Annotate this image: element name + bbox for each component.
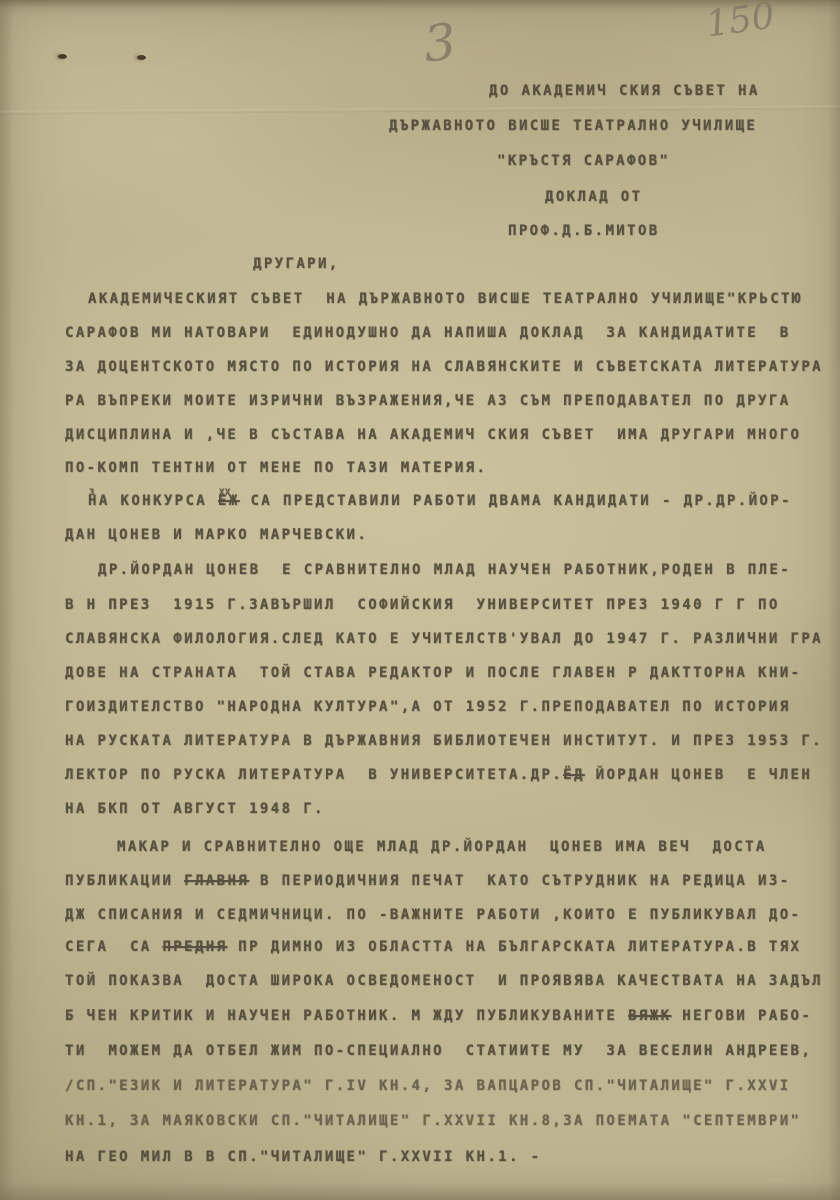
typewritten-line: ДР.ЙОРДАН ЦОНЕВ Е СРАВНИТЕЛНО МЛАД НАУЧЕ… — [98, 561, 791, 580]
text-segment: ДР.ЙОРДАН ЦОНЕВ Е СРАВНИТЕЛНО МЛАД НАУЧЕ… — [98, 562, 791, 578]
text-segment: НЕГОВИ РАБО- — [671, 1008, 812, 1024]
pin-hole — [58, 54, 67, 59]
typewritten-line: ПУБЛИКАЦИИ ГЛАВНЯ В ПЕРИОДИЧНИЯ ПЕЧАТ КА… — [65, 872, 791, 891]
text-segment: САРАФОВ МИ НАТОВАРИ ЕДИНОДУШНО ДА НАПИША… — [65, 325, 791, 341]
typewritten-line: В Н ПРЕЗ 1915 Г.ЗАВЪРШИЛ СОФИЙСКИЯ УНИВЕ… — [65, 596, 780, 615]
text-segment: МАКАР И СРАВНИТЕЛНО ОЩЕ МЛАД ДР.ЙОРДАН Ц… — [117, 839, 767, 855]
text-segment: ДРУГАРИ, — [253, 256, 340, 272]
typewritten-line: САРАФОВ МИ НАТОВАРИ ЕДИНОДУШНО ДА НАПИША… — [65, 324, 791, 343]
text-segment: НА ГЕО МИЛ В В СП."ЧИТАЛИЩЕ" Г.XXVII КН.… — [65, 1149, 541, 1165]
text-segment: ТОЙ ПОКАЗВА ДОСТА ШИРОКА ОСВЕДОМЕНОСТ И … — [65, 973, 823, 989]
text-segment: ДО АКАДЕМИЧ СКИЯ СЪВЕТ НА — [489, 83, 760, 99]
typewritten-line: ДОВЕ НА СТРАНАТА ТОЙ СТАВА РЕДАКТОР И ПО… — [65, 664, 801, 683]
text-segment: АКАДЕМИЧЕСКИЯТ СЪВЕТ НА ДЪРЖАВНОТО ВИСШЕ… — [88, 291, 803, 307]
text-segment: ДЪРЖАВНОТО ВИСШЕ ТЕАТРАЛНО УЧИЛИЩЕ — [389, 118, 757, 134]
typewritten-line: НА ГЕО МИЛ В В СП."ЧИТАЛИЩЕ" Г.XXVII КН.… — [65, 1148, 541, 1167]
typewritten-line: ТОЙ ПОКАЗВА ДОСТА ШИРОКА ОСВЕДОМЕНОСТ И … — [65, 972, 823, 991]
text-segment: Б ЧЕН КРИТИК И НАУЧЕН РАБОТНИК. М ЖДУ ПУ… — [65, 1008, 628, 1024]
text-segment: ПО-КОМП ТЕНТНИ ОТ МЕНЕ ПО ТАЗИ МАТЕРИЯ. — [65, 460, 487, 476]
typewritten-line: НА БКП ОТ АВГУСТ 1948 Г. — [65, 800, 325, 819]
scanned-document-page: 3150 ДО АКАДЕМИЧ СКИЯ СЪВЕТ НАДЪРЖАВНОТО… — [0, 0, 840, 1200]
paper-crease — [0, 105, 840, 114]
page-number-pencil: 3 — [421, 12, 459, 73]
text-segment: ТИ МОЖЕМ ДА ОТБЕЛ ЖИМ ПО-СПЕЦИАЛНО СТАТИ… — [65, 1043, 812, 1059]
overstruck-text: ПРЕДНЯ — [162, 939, 227, 955]
typewritten-line: НАЗ КОНКУРСА ЕЖХХ СА ПРЕДСТАВИЛИ РАБОТИ … — [88, 492, 792, 511]
text-segment: ЛЕКТОР ПО РУСКА ЛИТЕРАТУРА В УНИВЕРСИТЕТ… — [65, 767, 563, 783]
typewritten-line: РА ВЪПРЕКИ МОИТЕ ИЗРИЧНИ ВЪЗРАЖЕНИЯ,ЧЕ А… — [65, 392, 791, 411]
text-segment: ПУБЛИКАЦИИ — [65, 873, 184, 889]
typewritten-line-header: ДО АКАДЕМИЧ СКИЯ СЪВЕТ НА — [489, 82, 760, 101]
text-segment: ДИСЦИПЛИНА И ,ЧЕ В СЪСТАВА НА АКАДЕМИЧ С… — [65, 427, 801, 443]
typewritten-line-header: "КРЪСТЯ САРАФОВ" — [497, 152, 670, 171]
text-segment: /СП."ЕЗИК И ЛИТЕРАТУРА" Г.IV КН.4, ЗА ВА… — [65, 1078, 791, 1094]
overtype-correction-mark: З — [89, 484, 95, 503]
typewritten-line: /СП."ЕЗИК И ЛИТЕРАТУРА" Г.IV КН.4, ЗА ВА… — [65, 1077, 791, 1096]
text-segment: СЕГА СА — [65, 939, 162, 955]
text-segment: В Н ПРЕЗ 1915 Г.ЗАВЪРШИЛ СОФИЙСКИЯ УНИВЕ… — [65, 597, 780, 613]
typewritten-line: НА РУСКАТА ЛИТЕРАТУРА В ДЪРЖАВНИЯ БИБЛИО… — [65, 732, 823, 751]
text-segment: "КРЪСТЯ САРАФОВ" — [497, 153, 670, 169]
text-segment: СА ПРЕДСТАВИЛИ РАБОТИ ДВАМА КАНДИДАТИ - … — [240, 493, 792, 509]
overstruck-text: ВЯЖК — [628, 1008, 671, 1024]
typewritten-line: ПО-КОМП ТЕНТНИ ОТ МЕНЕ ПО ТАЗИ МАТЕРИЯ. — [65, 459, 487, 478]
pin-hole — [137, 55, 146, 60]
typewritten-line: ЛЕКТОР ПО РУСКА ЛИТЕРАТУРА В УНИВЕРСИТЕТ… — [65, 766, 812, 785]
typewritten-line: ДАН ЦОНЕВ И МАРКО МАРЧЕВСКИ. — [65, 526, 368, 545]
text-segment: ГОИЗДИТЕЛСТВО "НАРОДНА КУЛТУРА",А ОТ 195… — [65, 699, 791, 715]
text-segment: ДОВЕ НА СТРАНАТА ТОЙ СТАВА РЕДАКТОР И ПО… — [65, 665, 801, 681]
typewritten-line: Б ЧЕН КРИТИК И НАУЧЕН РАБОТНИК. М ЖДУ ПУ… — [65, 1007, 812, 1026]
overstruck-text: ЁД — [563, 767, 585, 783]
typewritten-line-header: ДЪРЖАВНОТО ВИСШЕ ТЕАТРАЛНО УЧИЛИЩЕ — [389, 117, 757, 136]
typewritten-line: МАКАР И СРАВНИТЕЛНО ОЩЕ МЛАД ДР.ЙОРДАН Ц… — [117, 838, 767, 857]
archive-number-pencil: 150 — [703, 0, 777, 46]
text-segment: В ПЕРИОДИЧНИЯ ПЕЧАТ КАТО СЪТРУДНИК НА РЕ… — [249, 873, 790, 889]
typewritten-line: ЗА ДОЦЕНТСКОТО МЯСТО ПО ИСТОРИЯ НА СЛАВЯ… — [65, 358, 823, 377]
text-segment: НА БКП ОТ АВГУСТ 1948 Г. — [65, 801, 325, 817]
overstruck-text: ГЛАВНЯ — [184, 873, 249, 889]
text-segment: ДОКЛАД ОТ — [545, 189, 642, 205]
text-segment: ЙОРДАН ЦОНЕВ Е ЧЛЕН — [585, 767, 812, 783]
typewritten-line-header: ДОКЛАД ОТ — [545, 188, 642, 207]
text-segment: КОНКУРСА — [110, 493, 218, 509]
typewritten-line: ТИ МОЖЕМ ДА ОТБЕЛ ЖИМ ПО-СПЕЦИАЛНО СТАТИ… — [65, 1042, 812, 1061]
text-segment: КН.1, ЗА МАЯКОВСКИ СП."ЧИТАЛИЩЕ" Г.XXVII… — [65, 1113, 801, 1129]
typewritten-line: СЛАВЯНСКА ФИЛОЛОГИЯ.СЛЕД КАТО Е УЧИТЕЛСТ… — [65, 630, 823, 649]
typewritten-line-salutation: ДРУГАРИ, — [253, 255, 340, 274]
text-segment: НА РУСКАТА ЛИТЕРАТУРА В ДЪРЖАВНИЯ БИБЛИО… — [65, 733, 823, 749]
text-segment: РА ВЪПРЕКИ МОИТЕ ИЗРИЧНИ ВЪЗРАЖЕНИЯ,ЧЕ А… — [65, 393, 791, 409]
overtype-correction-mark: ХХ — [219, 484, 231, 503]
typewritten-line: ДИСЦИПЛИНА И ,ЧЕ В СЪСТАВА НА АКАДЕМИЧ С… — [65, 426, 801, 445]
typewritten-line: ДЖ СПИСАНИЯ И СЕДМИЧНИЦИ. ПО -ВАЖНИТЕ РА… — [65, 906, 801, 925]
text-segment: ДЖ СПИСАНИЯ И СЕДМИЧНИЦИ. ПО -ВАЖНИТЕ РА… — [65, 907, 801, 923]
typewritten-line: АКАДЕМИЧЕСКИЯТ СЪВЕТ НА ДЪРЖАВНОТО ВИСШЕ… — [88, 290, 803, 309]
text-segment: ПР ДИМНО ИЗ ОБЛАСТТА НА БЪЛГАРСКАТА ЛИТЕ… — [227, 939, 801, 955]
text-segment: ДАН ЦОНЕВ И МАРКО МАРЧЕВСКИ. — [65, 527, 368, 543]
text-segment: СЛАВЯНСКА ФИЛОЛОГИЯ.СЛЕД КАТО Е УЧИТЕЛСТ… — [65, 631, 823, 647]
typewritten-line-header: ПРОФ.Д.Б.МИТОВ — [508, 222, 660, 241]
text-segment: НАЗ — [88, 493, 110, 509]
text-segment: ЗА ДОЦЕНТСКОТО МЯСТО ПО ИСТОРИЯ НА СЛАВЯ… — [65, 359, 823, 375]
overstruck-text: ЕЖХХ — [218, 493, 240, 509]
typewritten-line: ГОИЗДИТЕЛСТВО "НАРОДНА КУЛТУРА",А ОТ 195… — [65, 698, 791, 717]
typewritten-line: СЕГА СА ПРЕДНЯ ПР ДИМНО ИЗ ОБЛАСТТА НА Б… — [65, 938, 801, 957]
typewritten-line: КН.1, ЗА МАЯКОВСКИ СП."ЧИТАЛИЩЕ" Г.XXVII… — [65, 1112, 801, 1131]
text-segment: ПРОФ.Д.Б.МИТОВ — [508, 223, 660, 239]
